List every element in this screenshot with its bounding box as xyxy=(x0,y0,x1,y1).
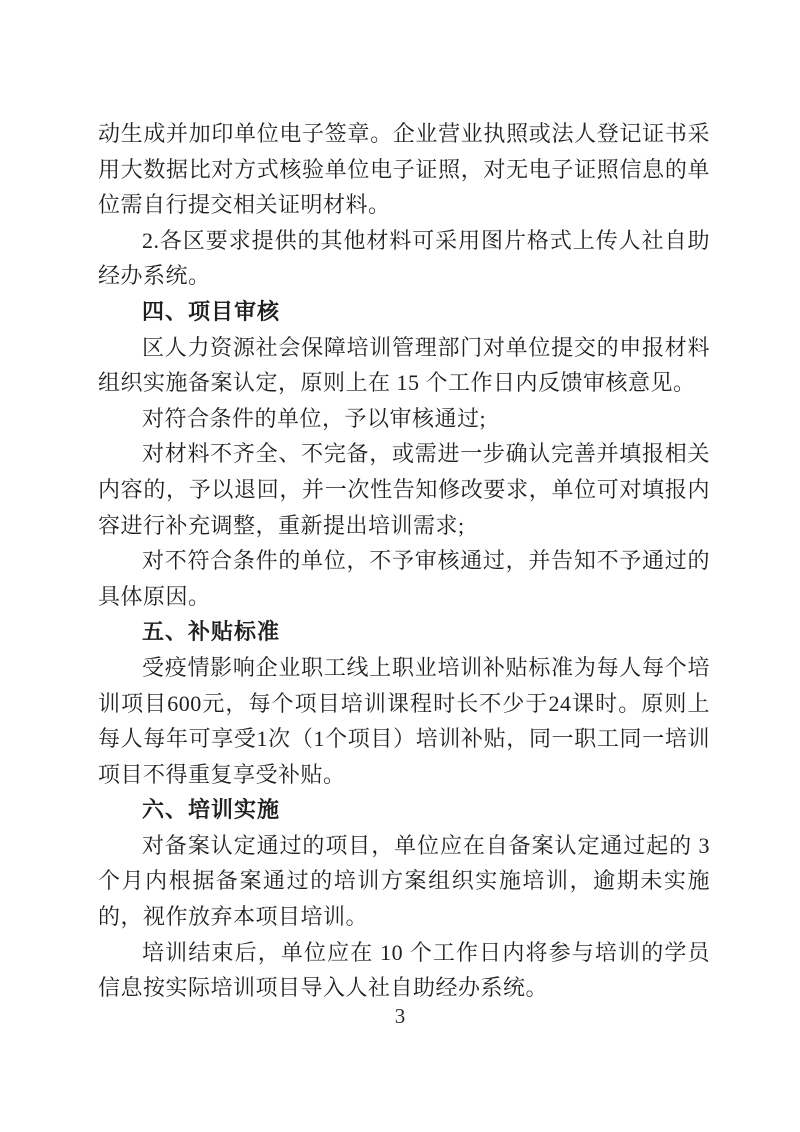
document-page: 动生成并加印单位电子签章。企业营业执照或法人登记证书采用大数据比对方式核验单位电… xyxy=(0,0,800,1132)
paragraph: 对不符合条件的单位，不予审核通过，并告知不予通过的具体原因。 xyxy=(98,543,710,614)
paragraph: 对材料不齐全、不完备，或需进一步确认完善并填报相关内容的，予以退回，并一次性告知… xyxy=(98,436,710,543)
paragraph-item-2: 2.各区要求提供的其他材料可采用图片格式上传人社自助经办系统。 xyxy=(98,223,710,294)
paragraph: 区人力资源社会保障培训管理部门对单位提交的申报材料组织实施备案认定，原则上在 1… xyxy=(98,330,710,401)
section-heading-6: 六、培训实施 xyxy=(98,792,710,828)
paragraph: 对符合条件的单位，予以审核通过; xyxy=(98,401,710,437)
section-heading-5: 五、补贴标准 xyxy=(98,614,710,650)
page-number: 3 xyxy=(0,1000,800,1032)
paragraph: 对备案认定通过的项目，单位应在自备案认定通过起的 3 个月内根据备案通过的培训方… xyxy=(98,828,710,935)
paragraph: 培训结束后，单位应在 10 个工作日内将参与培训的学员信息按实际培训项目导入人社… xyxy=(98,935,710,1006)
document-body: 动生成并加印单位电子签章。企业营业执照或法人登记证书采用大数据比对方式核验单位电… xyxy=(98,116,710,1006)
paragraph-continuation: 动生成并加印单位电子签章。企业营业执照或法人登记证书采用大数据比对方式核验单位电… xyxy=(98,116,710,223)
section-heading-4: 四、项目审核 xyxy=(98,294,710,330)
paragraph: 受疫情影响企业职工线上职业培训补贴标准为每人每个培训项目600元，每个项目培训课… xyxy=(98,650,710,792)
